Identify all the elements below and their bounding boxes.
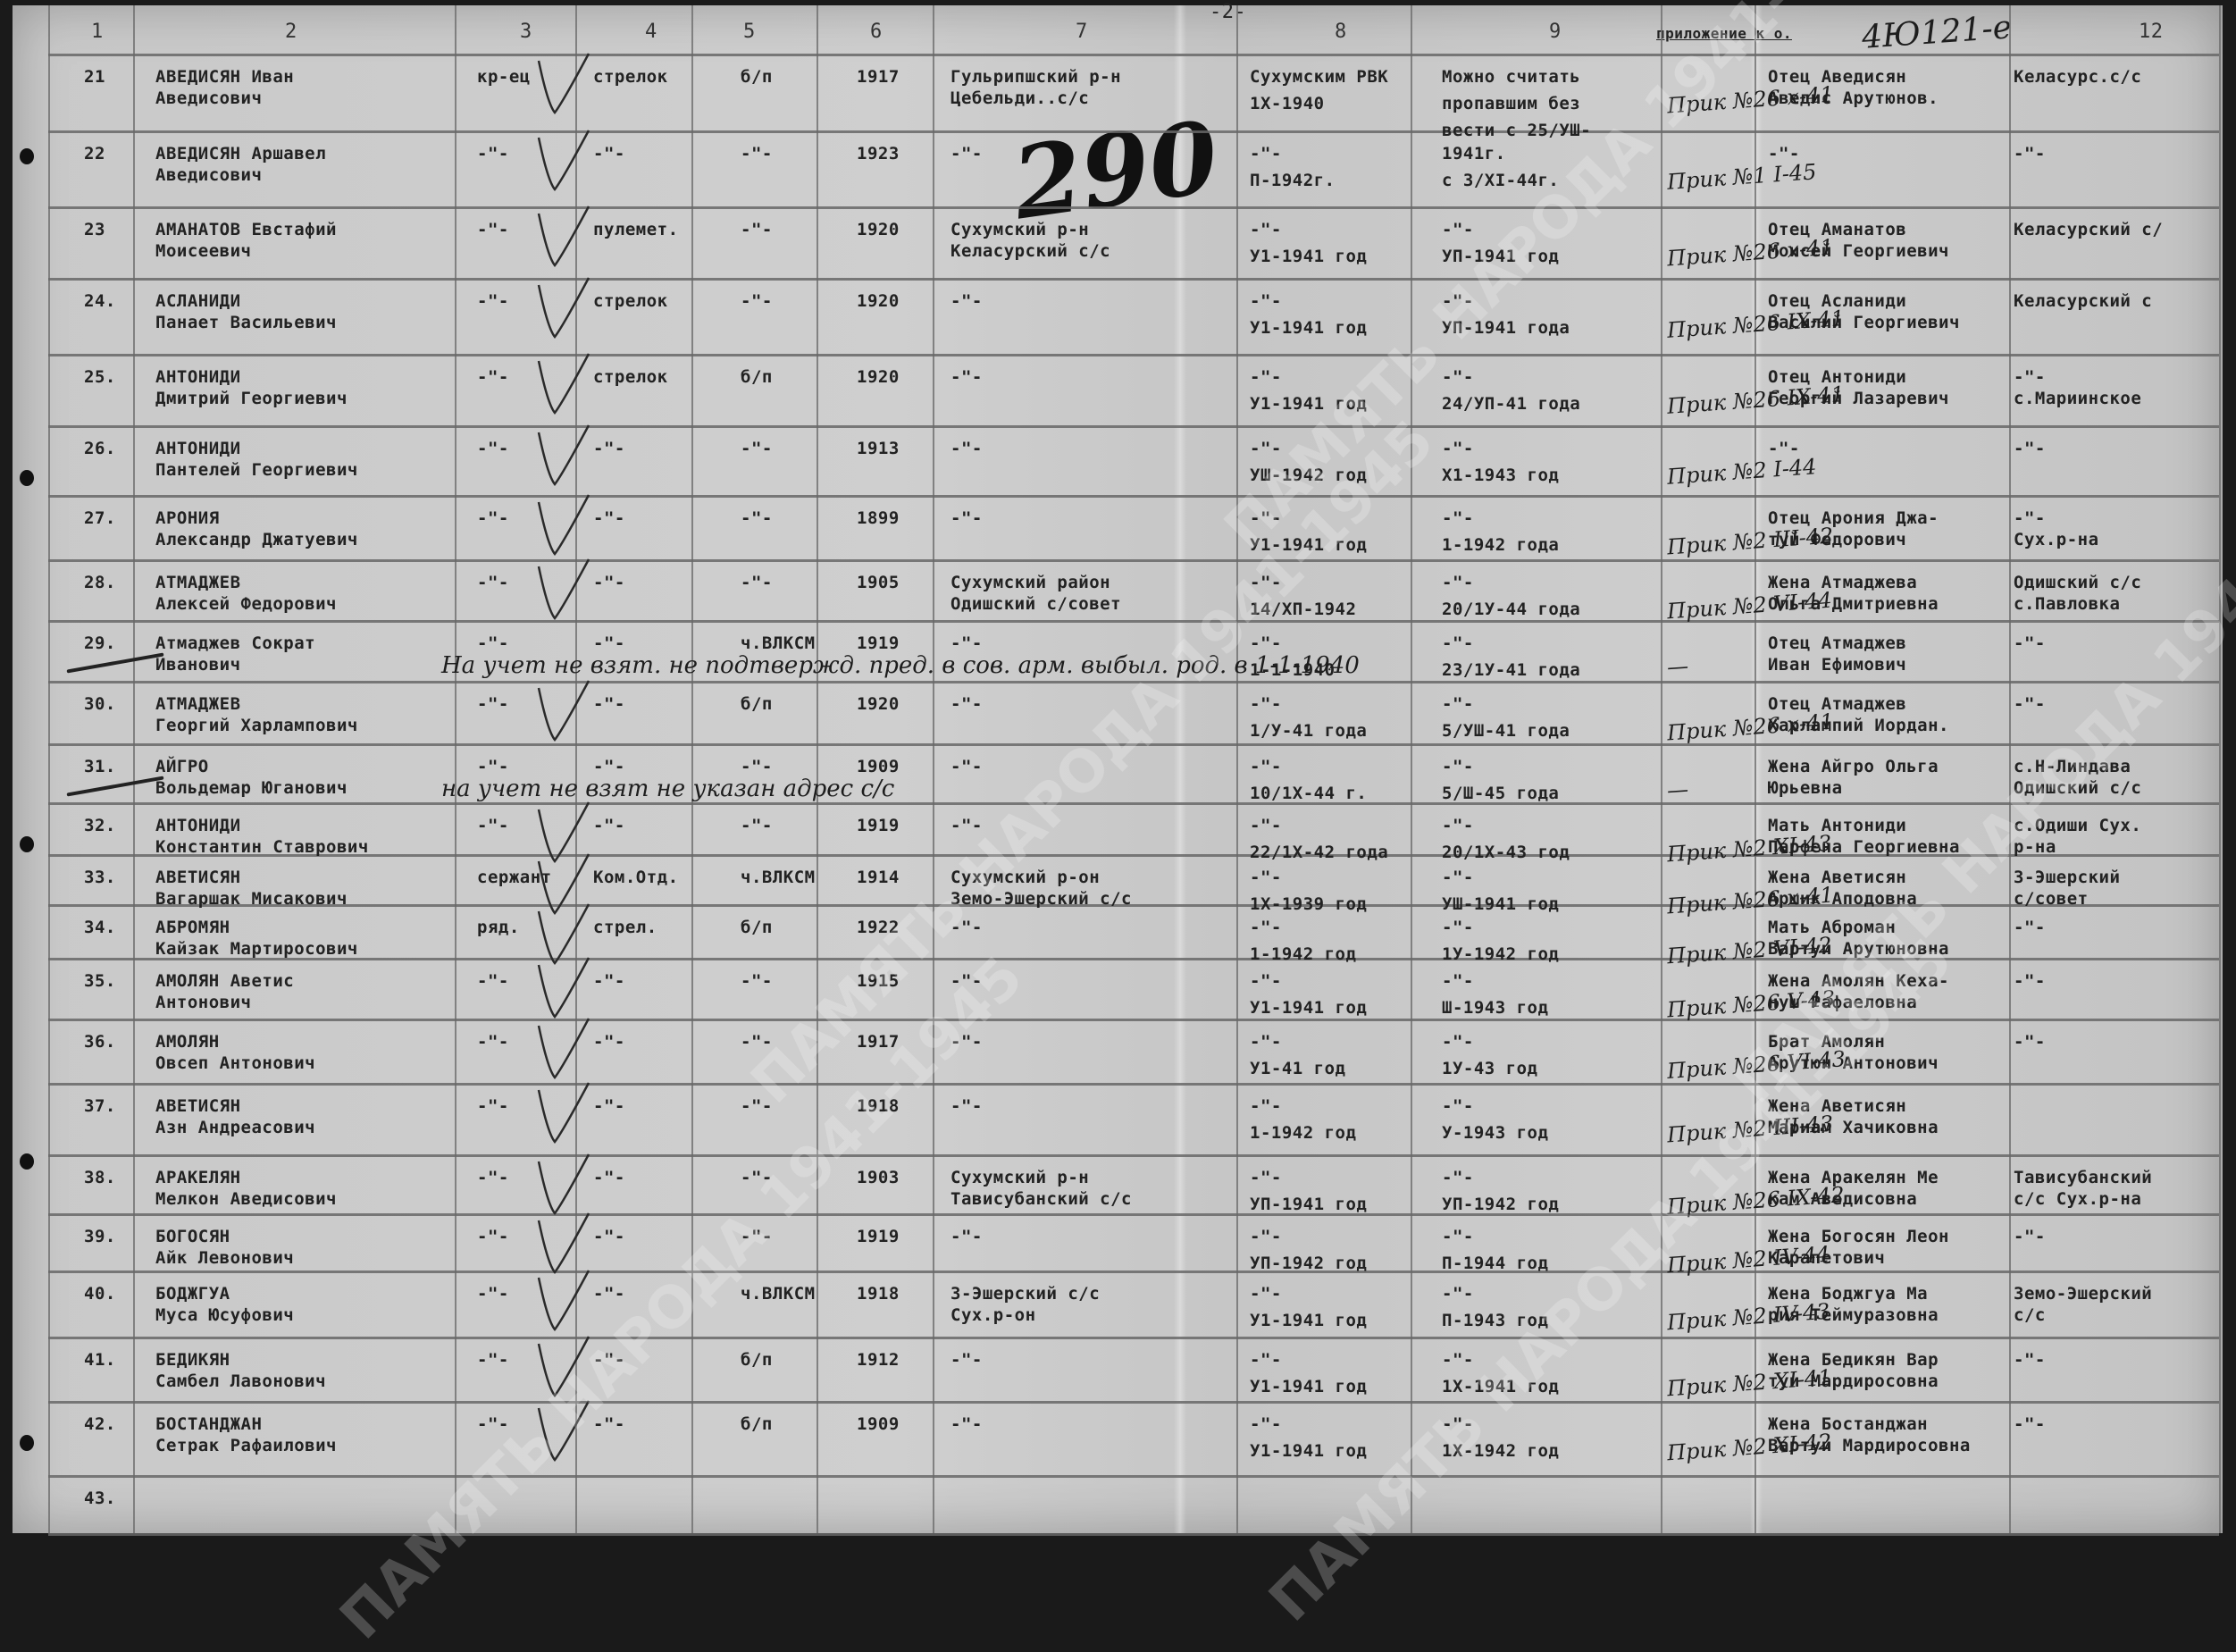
order-reference-handwritten: Прик №26 х-41: [1666, 709, 1834, 746]
checkmark-icon: [535, 1151, 589, 1213]
handwritten-annotation: на учет не взят не указан адрес с/с: [441, 776, 894, 802]
birth-year: 1920: [857, 693, 900, 715]
position: -"-: [593, 1167, 625, 1188]
address-line1: Тависубанский: [2014, 1167, 2152, 1188]
checkmark-icon: [535, 1015, 589, 1078]
birth-year: 1912: [857, 1349, 900, 1371]
birth-year: 1920: [857, 366, 900, 388]
surname-name: АНТОНИДИ: [155, 366, 241, 388]
col-header-9: 9: [1549, 21, 1562, 43]
col-header-5: 5: [743, 21, 756, 43]
row-number: 24.: [84, 290, 116, 312]
address-line1: Одишский с/с: [2014, 572, 2141, 593]
missing-date: П-1944 год: [1442, 1253, 1548, 1274]
missing-date: 20/1Х-43 год: [1442, 842, 1570, 863]
checkmark-icon: [535, 491, 589, 554]
row-number: 25.: [84, 366, 116, 388]
relative-line2: Иван Ефимович: [1768, 654, 1906, 675]
col-header-3: 3: [520, 21, 532, 43]
conscription-date: УП-1941 год: [1250, 1194, 1367, 1215]
party-status: б/п: [741, 1349, 773, 1371]
patronymic: Аведисович: [155, 88, 262, 109]
checkmark-icon: [535, 1267, 589, 1329]
conscription-date: У1-41 год: [1250, 1058, 1345, 1079]
row-number: 27.: [84, 507, 116, 529]
patronymic: Антонович: [155, 992, 251, 1013]
birthplace-line1: З-Эшерский с/с: [951, 1283, 1100, 1304]
birthplace-line1: Сухумский р-н: [951, 1167, 1089, 1188]
address-line1: З-Эшерский: [2014, 867, 2120, 888]
position: -"-: [593, 693, 625, 715]
birthplace-line2: Сух.р-он: [951, 1304, 1036, 1326]
column-divider: [1236, 5, 1238, 1533]
row-divider: [48, 1337, 2219, 1339]
row-number: 43.: [84, 1488, 116, 1509]
conscription-line1: -"-: [1250, 1095, 1282, 1117]
row-number: 31.: [84, 756, 116, 777]
row-number: 29.: [84, 633, 116, 654]
row-number: 36.: [84, 1031, 116, 1052]
birth-year: 1909: [857, 1413, 900, 1435]
conscription-date: 10/1Х-44 г.: [1250, 783, 1367, 804]
birthplace-line2: Одишский с/совет: [951, 593, 1121, 615]
order-reference-handwritten: Прик №26 х-41: [1666, 883, 1834, 919]
column-divider: [455, 5, 456, 1533]
birth-year: 1920: [857, 219, 900, 240]
order-reference-handwritten: —: [1666, 776, 1689, 803]
column-divider: [1411, 5, 1412, 1533]
row-number: 37.: [84, 1095, 116, 1117]
column-divider: [2009, 5, 2011, 1533]
birthplace-line1: Сухумский район: [951, 572, 1110, 593]
missing-date: 5/Ш-45 года: [1442, 783, 1559, 804]
checkmark-icon: [535, 203, 589, 265]
birth-year: 1903: [857, 1167, 900, 1188]
birthplace-line2: Келасурский с/с: [951, 240, 1110, 262]
row-divider: [48, 354, 2219, 356]
strike-mark: [66, 776, 163, 796]
row-number: 34.: [84, 917, 116, 938]
order-reference-handwritten: Прик №2 VI-42: [1666, 933, 1832, 969]
birth-year: 1919: [857, 1226, 900, 1247]
missing-line1: -"-: [1442, 867, 1474, 888]
missing-line1: -"-: [1442, 815, 1474, 836]
patronymic: Сетрак Рафаилович: [155, 1435, 337, 1456]
relative-line2: Юрьевна: [1768, 777, 1843, 799]
address-line1: -"-: [2014, 366, 2046, 388]
rank: -"-: [477, 815, 509, 836]
surname-name: БОГОСЯН: [155, 1226, 230, 1247]
row-divider: [48, 802, 2219, 805]
column-divider: [133, 5, 135, 1533]
missing-date: УШ-1941 год: [1442, 893, 1559, 915]
surname-name: АБРОМЯН: [155, 917, 230, 938]
birth-year: 1923: [857, 143, 900, 164]
birthplace-line1: -"-: [951, 143, 983, 164]
row-divider: [48, 130, 2219, 133]
birth-year: 1919: [857, 633, 900, 654]
surname-name: БОДЖГУА: [155, 1283, 230, 1304]
party-status: б/п: [741, 366, 773, 388]
rank: -"-: [477, 1226, 509, 1247]
patronymic: Мелкон Аведисович: [155, 1188, 337, 1210]
row-number: 22: [84, 143, 105, 164]
row-divider: [48, 495, 2219, 498]
position: пулемет.: [593, 219, 679, 240]
missing-date: УП-1942 год: [1442, 1194, 1559, 1215]
position: стрелок: [593, 66, 668, 88]
party-status: -"-: [741, 756, 773, 777]
position: стрел.: [593, 917, 657, 938]
register-table: 1 2 3 4 5 6 7 8 9 12 -2- приложение к о.…: [48, 5, 2219, 1533]
patronymic: Константин Ставрович: [155, 836, 369, 858]
patronymic: Муса Юсуфович: [155, 1304, 294, 1326]
address-line2: с.Мариинское: [2014, 388, 2141, 409]
party-status: -"-: [741, 815, 773, 836]
checkmark-icon: [535, 50, 589, 113]
party-status: -"-: [741, 438, 773, 459]
row-divider: [48, 1270, 2219, 1273]
patronymic: Моисеевич: [155, 240, 251, 262]
archive-number: 4Ю121-е: [1861, 9, 2013, 56]
row-number: 41.: [84, 1349, 116, 1371]
missing-line1: -"-: [1442, 507, 1474, 529]
row-divider: [48, 278, 2219, 281]
col-header-2: 2: [285, 21, 297, 43]
birthplace-line1: -"-: [951, 633, 983, 654]
checkmark-icon: [535, 556, 589, 618]
surname-name: АВЕТИСЯН: [155, 867, 241, 888]
surname-name: АСЛАНИДИ: [155, 290, 241, 312]
order-reference-handwritten: Прик №2 III-42: [1666, 524, 1834, 560]
position: -"-: [593, 1283, 625, 1304]
checkmark-icon: [535, 274, 589, 337]
birthplace-line1: -"-: [951, 1349, 983, 1371]
row-number: 40.: [84, 1283, 116, 1304]
birth-year: 1913: [857, 438, 900, 459]
surname-name: АТМАДЖЕВ: [155, 693, 241, 715]
birthplace-line1: -"-: [951, 1095, 983, 1117]
conscription-date: 1-1942 год: [1250, 1122, 1356, 1144]
position: стрелок: [593, 290, 668, 312]
party-status: -"-: [741, 219, 773, 240]
row-number: 39.: [84, 1226, 116, 1247]
surname-name: АВЕДИСЯН Аршавел: [155, 143, 326, 164]
rank: -"-: [477, 1031, 509, 1052]
order-reference-handwritten: Прик №2 IV-43: [1666, 1299, 1830, 1336]
rank: -"-: [477, 1349, 509, 1371]
surname-name: БЕДИКЯН: [155, 1349, 230, 1371]
col-header-8: 8: [1335, 21, 1347, 43]
address-line1: Келасурс.с/с: [2014, 66, 2141, 88]
address-line1: Келасурский с: [2014, 290, 2152, 312]
surname-name: БОСТАНДЖАН: [155, 1413, 262, 1435]
missing-line1: -"-: [1442, 1349, 1474, 1371]
row-divider: [48, 1213, 2219, 1216]
birthplace-line1: -"-: [951, 693, 983, 715]
row-divider: [48, 559, 2219, 562]
position: -"-: [593, 1031, 625, 1052]
punch-hole: [20, 470, 34, 486]
col-header-1: 1: [91, 21, 104, 43]
position: -"-: [593, 572, 625, 593]
relative-line1: Жена Айгро Ольга: [1768, 756, 1939, 777]
order-reference-handwritten: —: [1666, 653, 1689, 680]
checkmark-icon: [535, 1079, 589, 1142]
conscription-line1: Сухумским РВК: [1250, 66, 1388, 88]
party-status: б/п: [741, 693, 773, 715]
conscription-date: У1-1941 год: [1250, 1440, 1367, 1462]
address-line1: -"-: [2014, 917, 2046, 938]
surname-name: АРОНИЯ: [155, 507, 220, 529]
rank: -"-: [477, 366, 509, 388]
address-line1: Земо-Эшерский: [2014, 1283, 2152, 1304]
missing-date: У-1943 год: [1442, 1122, 1548, 1144]
conscription-date: 1Х-1940: [1250, 93, 1325, 114]
row-number: 28.: [84, 572, 116, 593]
rank: -"-: [477, 507, 509, 529]
col-header-12: 12: [2139, 21, 2164, 43]
missing-line1: Можно считать: [1442, 66, 1580, 88]
address-line1: -"-: [2014, 1349, 2046, 1371]
patronymic: Дмитрий Георгиевич: [155, 388, 348, 409]
party-status: -"-: [741, 143, 773, 164]
missing-line1: -"-: [1442, 219, 1474, 240]
column-divider: [48, 5, 50, 1533]
conscription-line1: -"-: [1250, 970, 1282, 992]
rank: -"-: [477, 1167, 509, 1188]
missing-line1: -"-: [1442, 1226, 1474, 1247]
patronymic: Пантелей Георгиевич: [155, 459, 358, 481]
rank: -"-: [477, 219, 509, 240]
strike-mark: [66, 652, 163, 673]
address-line2: с.Павловка: [2014, 593, 2120, 615]
column-divider: [2219, 5, 2221, 1533]
surname-name: АТМАДЖЕВ: [155, 572, 241, 593]
missing-date: 20/1У-44 года: [1442, 599, 1580, 620]
rank: -"-: [477, 1095, 509, 1117]
conscription-date: 1Х-1939 год: [1250, 893, 1367, 915]
party-status: -"-: [741, 290, 773, 312]
patronymic: Айк Левонович: [155, 1247, 294, 1269]
position: -"-: [593, 633, 625, 654]
missing-line1: -"-: [1442, 970, 1474, 992]
patronymic: Кайзак Мартиросович: [155, 938, 358, 960]
relative-line1: Отец Атмаджев: [1768, 633, 1906, 654]
patronymic: Георгий Харлампович: [155, 715, 358, 736]
order-reference-handwritten: Прик №2 XI-42: [1666, 1430, 1832, 1466]
birthplace-line1: -"-: [951, 507, 983, 529]
row-divider: [48, 206, 2219, 209]
conscription-line1: -"-: [1250, 815, 1282, 836]
missing-line3: вести с 25/УШ-: [1442, 120, 1591, 141]
position: -"-: [593, 143, 625, 164]
missing-line1: -"-: [1442, 1167, 1474, 1188]
order-reference-handwritten: Прик №2 I-44: [1666, 454, 1817, 490]
surname-name: АВЕДИСЯН Иван: [155, 66, 294, 88]
row-number: 32.: [84, 815, 116, 836]
row-number: 21: [84, 66, 105, 88]
rank: -"-: [477, 756, 509, 777]
party-status: ч.ВЛКСМ: [741, 867, 816, 888]
missing-line1: -"-: [1442, 633, 1474, 654]
birth-year: 1920: [857, 290, 900, 312]
address-line2: Сух.р-на: [2014, 529, 2099, 550]
patronymic: Александр Джатуевич: [155, 529, 358, 550]
surname-name: АНТОНИДИ: [155, 438, 241, 459]
patronymic: Аведисович: [155, 164, 262, 186]
row-number: 33.: [84, 867, 116, 888]
checkmark-icon: [535, 350, 589, 413]
col-header-6: 6: [870, 21, 883, 43]
row-divider: [48, 1475, 2219, 1478]
checkmark-icon: [535, 127, 589, 189]
column-divider: [817, 5, 818, 1533]
patronymic: Алексей Федорович: [155, 593, 337, 615]
party-status: -"-: [741, 507, 773, 529]
checkmark-icon: [535, 1210, 589, 1272]
position: -"-: [593, 815, 625, 836]
party-status: -"-: [741, 970, 773, 992]
birthplace-line1: -"-: [951, 438, 983, 459]
missing-date: 1У-43 год: [1442, 1058, 1537, 1079]
patronymic: Панает Васильевич: [155, 312, 337, 333]
row-divider: [48, 1083, 2219, 1086]
rank: кр-ец: [477, 66, 531, 88]
missing-line1: -"-: [1442, 917, 1474, 938]
address-line1: -"-: [2014, 633, 2046, 654]
row-number: 30.: [84, 693, 116, 715]
surname-name: АРАКЕЛЯН: [155, 1167, 241, 1188]
column-divider: [1661, 5, 1662, 1533]
party-status: ч.ВЛКСМ: [741, 633, 816, 654]
patronymic: Вагаршак Мисакович: [155, 888, 348, 910]
conscription-date: У1-1941 год: [1250, 1310, 1367, 1331]
missing-line1: -"-: [1442, 1283, 1474, 1304]
missing-date: 1-1942 года: [1442, 534, 1559, 556]
rank: -"-: [477, 572, 509, 593]
row-divider: [48, 1533, 2219, 1536]
conscription-line1: -"-: [1250, 1226, 1282, 1247]
order-reference-handwritten: Прик №2 XI-43: [1666, 831, 1832, 868]
missing-date: 1У-1942 год: [1442, 943, 1559, 965]
missing-line1: -"-: [1442, 693, 1474, 715]
conscription-line1: -"-: [1250, 1283, 1282, 1304]
position: -"-: [593, 438, 625, 459]
row-number: 42.: [84, 1413, 116, 1435]
conscription-line1: -"-: [1250, 1031, 1282, 1052]
conscription-line1: -"-: [1250, 1413, 1282, 1435]
birthplace-line2: Цебельди..с/с: [951, 88, 1089, 109]
order-reference-handwritten: Прик №26 х-41: [1666, 235, 1834, 272]
order-reference-handwritten: Прик №1 I-45: [1666, 159, 1817, 195]
row-number: 35.: [84, 970, 116, 992]
surname-name: АМАНАТОВ Евстафий: [155, 219, 337, 240]
rank: -"-: [477, 633, 509, 654]
birthplace-line1: -"-: [951, 366, 983, 388]
surname-name: АВЕТИСЯН: [155, 1095, 241, 1117]
row-divider: [48, 54, 2219, 56]
address-line1: -"-: [2014, 1413, 2046, 1435]
conscription-line1: -"-: [1250, 219, 1282, 240]
surname-name: АМОЛЯН: [155, 1031, 220, 1052]
row-divider: [48, 620, 2219, 623]
patronymic: Самбел Лавонович: [155, 1371, 326, 1392]
patronymic: Иванович: [155, 654, 241, 675]
rank: -"-: [477, 1283, 509, 1304]
row-number: 23: [84, 219, 105, 240]
birth-year: 1918: [857, 1283, 900, 1304]
party-status: б/п: [741, 1413, 773, 1435]
address-line1: -"-: [2014, 1031, 2046, 1052]
rank: ряд.: [477, 917, 520, 938]
birthplace-line1: -"-: [951, 1226, 983, 1247]
row-divider: [48, 1154, 2219, 1157]
position: -"-: [593, 1095, 625, 1117]
missing-line1: -"-: [1442, 1031, 1474, 1052]
missing-date: 24/УП-41 года: [1442, 393, 1580, 415]
address-line1: Келасурский с/: [2014, 219, 2163, 240]
birthplace-line1: Гульрипшский р-н: [951, 66, 1121, 88]
row-divider: [48, 1401, 2219, 1404]
row-number: 38.: [84, 1167, 116, 1188]
column-divider: [933, 5, 934, 1533]
party-status: б/п: [741, 917, 773, 938]
patronymic: Овсеп Антонович: [155, 1052, 315, 1074]
party-status: б/п: [741, 66, 773, 88]
conscription-date: У1-1941 год: [1250, 317, 1367, 339]
address-line1: -"-: [2014, 438, 2046, 459]
checkmark-icon: [535, 954, 589, 1017]
conscription-line1: -"-: [1250, 366, 1282, 388]
col-header-4: 4: [645, 21, 657, 43]
rank: -"-: [477, 438, 509, 459]
birthplace-line1: -"-: [951, 290, 983, 312]
address-line1: -"-: [2014, 1226, 2046, 1247]
surname-name: АМОЛЯН Аветис: [155, 970, 294, 992]
col-header-7: 7: [1076, 21, 1088, 43]
surname-name: АНТОНИДИ: [155, 815, 241, 836]
order-reference-handwritten: Прик №2 XI-41: [1666, 1365, 1832, 1402]
patronymic: Вольдемар Юганович: [155, 777, 348, 799]
order-reference-handwritten: Прик №2 VI-44: [1666, 588, 1832, 625]
conscription-line1: -"-: [1250, 756, 1282, 777]
conscription-date: 22/1Х-42 года: [1250, 842, 1388, 863]
conscription-date: У1-1941 год: [1250, 246, 1367, 267]
rank: -"-: [477, 693, 509, 715]
birth-year: 1917: [857, 66, 900, 88]
conscription-line1: -"-: [1250, 1349, 1282, 1371]
position: -"-: [593, 970, 625, 992]
birthplace-line1: Сухумский р-н: [951, 219, 1089, 240]
missing-date: пропавшим без: [1442, 93, 1580, 114]
punch-hole: [20, 836, 34, 852]
punch-hole: [20, 1153, 34, 1170]
punch-hole: [20, 1435, 34, 1451]
birthplace-line2: Тависубанский с/с: [951, 1188, 1132, 1210]
missing-date: 23/1У-41 года: [1442, 659, 1580, 681]
party-status: -"-: [741, 572, 773, 593]
conscription-date: 1-1942 год: [1250, 943, 1356, 965]
missing-date: Х1-1943 год: [1442, 465, 1559, 486]
address-line1: -"-: [2014, 143, 2046, 164]
page-mark: -2-: [1210, 2, 1246, 23]
address-line2: с/с Сух.р-на: [2014, 1188, 2141, 1210]
birth-year: 1914: [857, 867, 900, 888]
position: -"-: [593, 756, 625, 777]
conscription-line1: -"-: [1250, 290, 1282, 312]
position: -"-: [593, 1226, 625, 1247]
